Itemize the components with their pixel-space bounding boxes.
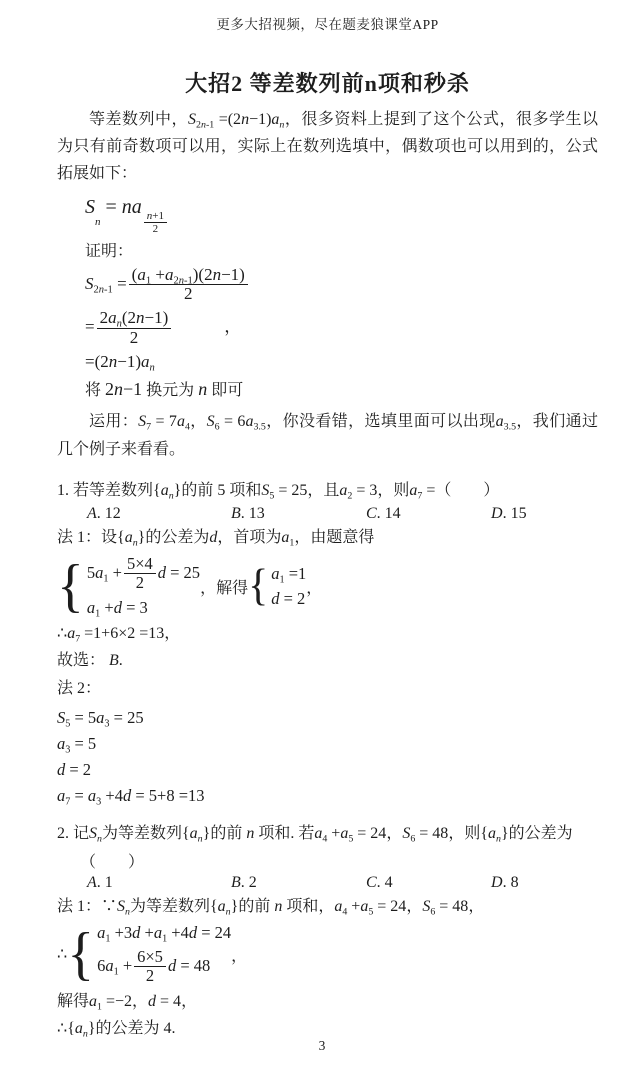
- solve-text: ，解得: [200, 575, 248, 598]
- therefore-symbol: ∴: [57, 944, 67, 964]
- substitution-note: 将 2n−1 换元为 n 即可: [57, 377, 598, 400]
- option-a: A. 12: [87, 505, 231, 523]
- method2-line-4: a7 = a3 +4d = 5+8 =13: [57, 786, 598, 806]
- proof-label: 证明：: [57, 238, 598, 261]
- equation-line: a1 +3d +a1 +4d = 24: [97, 923, 231, 943]
- option-c: C. 4: [366, 874, 491, 892]
- proof-line-2: =2an(2n−1)2 ，: [57, 309, 598, 347]
- system-tail-comma: ，: [231, 943, 247, 966]
- equation-system-left: { 5a1 +5×42d = 25 a1 +d = 3: [57, 555, 200, 617]
- problem-2: 2. 记Sn为等差数列{an}的前 n 项和. 若a4 +a5 = 24，S6 …: [57, 821, 598, 1042]
- option-b: B. 2: [231, 874, 366, 892]
- intro-paragraph: 等差数列中，S2n-1 =(2n−1)an，很多资料上提到了这个公式，很多学生以…: [57, 106, 598, 188]
- page-number: 3: [0, 1038, 644, 1054]
- left-brace-icon: {: [57, 563, 84, 610]
- problem-1-statement: 1. 若等差数列{an}的前 5 项和S5 = 25，且a2 = 3，则a7 =…: [57, 478, 598, 504]
- document-page: 更多大招视频，尽在题麦狼课堂APP 大招2 等差数列前n项和秒杀 等差数列中，S…: [0, 0, 644, 1086]
- formula-sn-na: Sn = nan+12: [57, 196, 598, 235]
- method1-intro: 法 1：∵Sn为等差数列{an}的前 n 项和，a4 +a5 = 24，S6 =…: [57, 895, 598, 920]
- equation-line: a1 =1: [271, 564, 306, 584]
- equation-line: 6a1 +6×52d = 48: [97, 948, 231, 985]
- problem-1-options: A. 12 B. 13 C. 14 D. 15: [57, 505, 598, 523]
- equation-line: a1 +d = 3: [87, 598, 200, 618]
- method1-intro: 法 1：设{an}的公差为d，首项为a1，由题意得: [57, 526, 598, 551]
- equation-line: 5a1 +5×42d = 25: [87, 555, 200, 592]
- left-brace-icon: {: [67, 931, 94, 978]
- option-a: A. 1: [87, 874, 231, 892]
- system-tail-comma: ，: [306, 575, 322, 598]
- method2-line-1: S5 = 5a3 = 25: [57, 708, 598, 728]
- page-header: 更多大招视频，尽在题麦狼课堂APP: [57, 0, 598, 33]
- method1-result: ∴a7 =1+6×2 =13，: [57, 622, 598, 647]
- problem-1: 1. 若等差数列{an}的前 5 项和S5 = 25，且a2 = 3，则a7 =…: [57, 478, 598, 806]
- equation-system: { a1 +3d +a1 +4d = 24 6a1 +6×52d = 48: [67, 923, 231, 985]
- option-c: C. 14: [366, 505, 491, 523]
- page-title: 大招2 等差数列前n项和秒杀: [57, 67, 598, 98]
- option-d: D. 8: [491, 874, 519, 892]
- problem-2-options: A. 1 B. 2 C. 4 D. 8: [57, 874, 598, 892]
- equation-line: d = 2: [271, 589, 306, 609]
- method1-system-row: { 5a1 +5×42d = 25 a1 +d = 3 ，解得 { a1 =1 …: [57, 555, 598, 617]
- proof-line-3: =(2n−1)an: [57, 352, 598, 372]
- equation-system-right: { a1 =1 d = 2: [248, 564, 306, 609]
- option-b: B. 13: [231, 505, 366, 523]
- method2-line-2: a3 = 5: [57, 734, 598, 754]
- method2-line-3: d = 2: [57, 760, 598, 780]
- method1-system-row: ∴ { a1 +3d +a1 +4d = 24 6a1 +6×52d = 48 …: [57, 923, 598, 985]
- application-paragraph: 运用：S7 = 7a4，S6 = 6a3.5，你没看错，选填里面可以出现a3.5…: [57, 408, 598, 462]
- option-d: D. 15: [491, 505, 527, 523]
- problem-2-statement-parens: （ ）: [57, 849, 598, 872]
- solve-line: 解得a1 =−2，d = 4，: [57, 990, 598, 1015]
- method2-label: 法 2：: [57, 677, 598, 702]
- left-brace-icon: {: [248, 569, 268, 604]
- proof-line-1: S2n-1 =(a1 +a2n-1)(2n−1)2: [57, 266, 598, 304]
- problem-2-statement: 2. 记Sn为等差数列{an}的前 n 项和. 若a4 +a5 = 24，S6 …: [57, 821, 598, 847]
- answer-choice: 故选： B.: [57, 649, 598, 674]
